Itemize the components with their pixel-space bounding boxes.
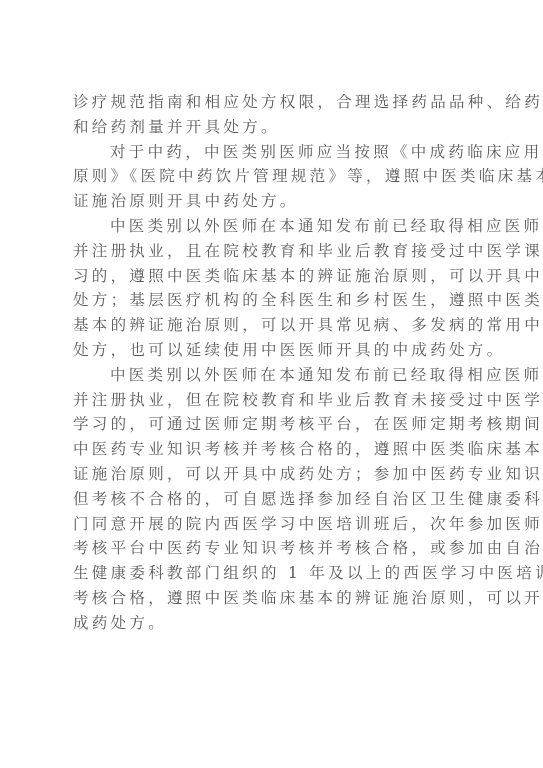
text-line: 并注册执业，且在院校教育和毕业后教育接受过中医学课程学 [73,239,471,264]
text-line: 基本的辨证施治原则，可以开具常见病、多发病的常用中成药 [73,313,471,338]
text-line: 并注册执业，但在院校教育和毕业后教育未接受过中医学课程 [73,388,471,413]
text-line: 生健康委科教部门组织的 1 年及以上的西医学习中医培训班并 [73,561,471,586]
paragraph-prescription-guidelines: 诊疗规范指南和相应处方权限，合理选择药品品种、给药途径 和给药剂量并开具处方。 [73,90,471,140]
text-line: 中医类别以外医师在本通知发布前已经取得相应医师资格 [73,214,471,239]
text-line: 成药处方。 [73,611,471,636]
text-line: 诊疗规范指南和相应处方权限，合理选择药品品种、给药途径 [73,90,471,115]
text-line: 处方，也可以延续使用中医医师开具的中成药处方。 [73,338,471,363]
text-line: 原则》《医院中药饮片管理规范》等，遵照中医类临床基本的辨 [73,164,471,189]
text-line: 但考核不合格的，可自愿选择参加经自治区卫生健康委科教部 [73,487,471,512]
text-line: 考核平台中医药专业知识考核并考核合格，或参加由自治区卫 [73,536,471,561]
text-line: 习的，遵照中医类临床基本的辨证施治原则，可以开具中成药 [73,264,471,289]
paragraph-tcm-prescription: 对于中药，中医类别医师应当按照《中成药临床应用指导 原则》《医院中药饮片管理规范… [73,140,471,214]
text-line: 对于中药，中医类别医师应当按照《中成药临床应用指导 [73,140,471,165]
text-line: 处方；基层医疗机构的全科医生和乡村医生，遵照中医类临床 [73,288,471,313]
text-line: 学习的，可通过医师定期考核平台，在医师定期考核期间参加 [73,412,471,437]
text-line: 中医类别以外医师在本通知发布前已经取得相应医师资格 [73,363,471,388]
text-line: 门同意开展的院内西医学习中医培训班后，次年参加医师定期 [73,512,471,537]
document-body: 诊疗规范指南和相应处方权限，合理选择药品品种、给药途径 和给药剂量并开具处方。 … [73,90,471,636]
text-line: 证施治原则开具中药处方。 [73,189,471,214]
text-line: 和给药剂量并开具处方。 [73,115,471,140]
text-line: 证施治原则，可以开具中成药处方；参加中医药专业知识考核 [73,462,471,487]
paragraph-non-tcm-physicians-trained: 中医类别以外医师在本通知发布前已经取得相应医师资格 并注册执业，且在院校教育和毕… [73,214,471,363]
text-line: 中医药专业知识考核并考核合格的，遵照中医类临床基本的辨 [73,437,471,462]
paragraph-non-tcm-physicians-untrained: 中医类别以外医师在本通知发布前已经取得相应医师资格 并注册执业，但在院校教育和毕… [73,363,471,636]
document-page: 诊疗规范指南和相应处方权限，合理选择药品品种、给药途径 和给药剂量并开具处方。 … [0,0,543,768]
text-line: 考核合格，遵照中医类临床基本的辨证施治原则，可以开具中 [73,586,471,611]
